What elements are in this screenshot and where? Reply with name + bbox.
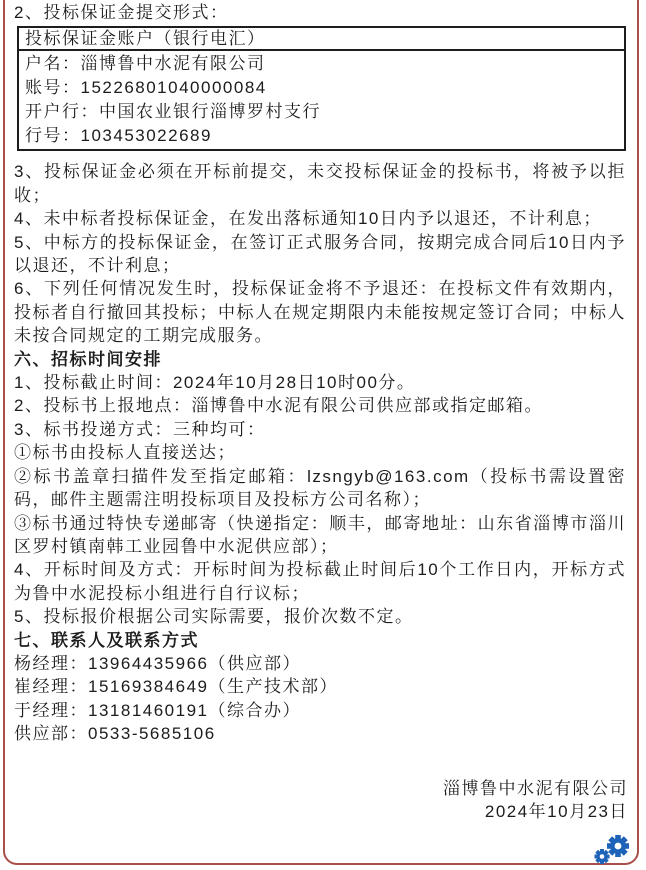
gears-icon	[594, 834, 630, 864]
bank-code-line: 行号：103453022689	[25, 124, 618, 148]
deposit-term-4: 4、未中标者投标保证金，在发出落标通知10日内予以退还，不计利息；	[14, 207, 626, 230]
contact-line-supply-dept: 供应部：0533-5685106	[14, 722, 626, 745]
deposit-term-6: 6、下列任何情况发生时，投标保证金将不予退还：在投标文件有效期内，投标者自行撤回…	[14, 277, 626, 347]
bank-branch-line: 开户行：中国农业银行淄博罗村支行	[25, 100, 618, 124]
account-number-line: 账号：15226801040000084	[25, 76, 618, 100]
document-content: 2、投标保证金提交形式： 投标保证金账户（银行电汇） 户名：淄博鲁中水泥有限公司…	[14, 1, 626, 746]
schedule-item-delivery-express: ③标书通过特快专递邮寄（快递指定：顺丰，邮寄地址：山东省淄博市淄川区罗村镇南韩工…	[14, 512, 626, 559]
schedule-item-deadline: 1、投标截止时间：2024年10月28日10时00分。	[14, 371, 626, 394]
section-heading-contacts: 七、联系人及联系方式	[14, 629, 626, 652]
schedule-item-opening: 4、开标时间及方式：开标时间为投标截止时间后10个工作日内，开标方式为鲁中水泥投…	[14, 558, 626, 605]
contact-line-yang: 杨经理：13964435966（供应部）	[14, 652, 626, 675]
schedule-item-delivery-methods: 3、标书投递方式：三种均可：	[14, 418, 626, 441]
section-heading-schedule: 六、招标时间安排	[14, 348, 626, 371]
footer-date: 2024年10月23日	[443, 800, 628, 823]
contact-line-cui: 崔经理：15169384649（生产技术部）	[14, 675, 626, 698]
account-holder-line: 户名：淄博鲁中水泥有限公司	[25, 52, 618, 76]
contact-line-yu: 于经理：13181460191（综合办）	[14, 699, 626, 722]
schedule-item-location: 2、投标书上报地点：淄博鲁中水泥有限公司供应部或指定邮箱。	[14, 394, 626, 417]
signature-block: 淄博鲁中水泥有限公司 2024年10月23日	[443, 777, 628, 824]
deposit-table-body: 户名：淄博鲁中水泥有限公司 账号：15226801040000084 开户行：中…	[18, 50, 625, 150]
deposit-term-3: 3、投标保证金必须在开标前提交，未交投标保证金的投标书，将被予以拒收；	[14, 160, 626, 207]
schedule-item-delivery-email: ②标书盖章扫描件发至指定邮箱：lzsngyb@163.com（投标书需设置密码，…	[14, 465, 626, 512]
deposit-term-5: 5、中标方的投标保证金，在签订正式服务合同，按期完成合同后10日内予以退还，不计…	[14, 231, 626, 278]
deposit-submission-intro: 2、投标保证金提交形式：	[14, 1, 626, 24]
deposit-account-table: 投标保证金账户（银行电汇） 户名：淄博鲁中水泥有限公司 账号：152268010…	[17, 26, 626, 151]
deposit-table-header: 投标保证金账户（银行电汇）	[18, 27, 625, 50]
footer-company: 淄博鲁中水泥有限公司	[443, 777, 628, 800]
schedule-item-quotation: 5、投标报价根据公司实际需要，报价次数不定。	[14, 605, 626, 628]
schedule-item-delivery-direct: ①标书由投标人直接送达；	[14, 441, 626, 464]
